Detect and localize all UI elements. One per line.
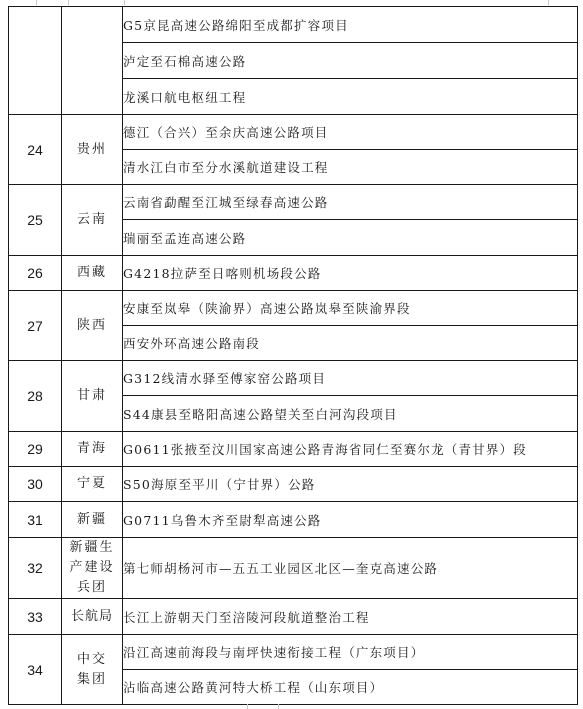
table-row: 26 西藏 G4218拉萨至日喀则机场段公路 xyxy=(9,256,578,291)
project-cell: 沾临高速公路黄河特大桥工程（山东项目） xyxy=(123,670,578,705)
table-row: 25 云南 云南省勐醒至江城至绿春高速公路 xyxy=(9,185,578,220)
project-cell: S50海原至平川（宁甘界）公路 xyxy=(123,467,578,502)
project-cell: 德江（合兴）至余庆高速公路项目 xyxy=(123,115,578,150)
province-cell xyxy=(62,7,123,115)
project-cell: 清水江白市至分水溪航道建设工程 xyxy=(123,150,578,185)
row-number: 29 xyxy=(9,432,62,467)
row-number: 25 xyxy=(9,185,62,256)
table-row: 27 陕西 安康至岚皋（陕渝界）高速公路岚皋至陕渝界段 xyxy=(9,291,578,326)
project-cell: G312线清水驿至傅家窑公路项目 xyxy=(123,361,578,396)
row-number: 34 xyxy=(9,635,62,705)
table-row: 31 新疆 G0711乌鲁木齐至尉犁高速公路 xyxy=(9,502,578,538)
row-number: 30 xyxy=(9,467,62,502)
row-number: 32 xyxy=(9,538,62,599)
table-row: 30 宁夏 S50海原至平川（宁甘界）公路 xyxy=(9,467,578,502)
project-cell: G0611张掖至汶川国家高速公路青海省同仁至赛尔龙（青甘界）段 xyxy=(123,432,578,467)
province-cell: 宁夏 xyxy=(62,467,123,502)
row-number: 27 xyxy=(9,291,62,361)
project-cell: 龙溪口航电枢纽工程 xyxy=(123,79,578,115)
table-row: 24 贵州 德江（合兴）至余庆高速公路项目 xyxy=(9,115,578,150)
province-cell: 甘肃 xyxy=(62,361,123,432)
province-cell: 青海 xyxy=(62,432,123,467)
project-cell: 安康至岚皋（陕渝界）高速公路岚皋至陕渝界段 xyxy=(123,291,578,326)
project-cell: G0711乌鲁木齐至尉犁高速公路 xyxy=(123,502,578,538)
province-cell: 贵州 xyxy=(62,115,123,185)
project-cell: G5京昆高速公路绵阳至成都扩容项目 xyxy=(123,7,578,43)
table-row: G5京昆高速公路绵阳至成都扩容项目 xyxy=(9,7,578,43)
project-cell: S44康县至略阳高速公路望关至白河沟段项目 xyxy=(123,396,578,432)
province-cell: 新疆生产建设兵团 xyxy=(62,538,123,599)
project-table: G5京昆高速公路绵阳至成都扩容项目 泸定至石棉高速公路 龙溪口航电枢纽工程 24… xyxy=(8,6,578,705)
province-cell: 长航局 xyxy=(62,599,123,635)
row-number: 33 xyxy=(9,599,62,635)
table-row: 33 长航局 长江上游朝天门至涪陵河段航道整治工程 xyxy=(9,599,578,635)
project-cell: G4218拉萨至日喀则机场段公路 xyxy=(123,256,578,291)
row-number: 24 xyxy=(9,115,62,185)
province-cell: 西藏 xyxy=(62,256,123,291)
project-cell: 瑞丽至孟连高速公路 xyxy=(123,220,578,256)
project-cell: 沿江高速前海段与南坪快速衔接工程（广东项目） xyxy=(123,635,578,670)
project-cell: 第七师胡杨河市—五五工业园区北区—奎克高速公路 xyxy=(123,538,578,599)
table-row: 29 青海 G0611张掖至汶川国家高速公路青海省同仁至赛尔龙（青甘界）段 xyxy=(9,432,578,467)
row-number xyxy=(9,7,62,115)
project-cell: 泸定至石棉高速公路 xyxy=(123,43,578,79)
province-cell: 陕西 xyxy=(62,291,123,361)
page-bottom-mark xyxy=(247,704,279,709)
project-cell: 西安外环高速公路南段 xyxy=(123,326,578,361)
province-cell: 新疆 xyxy=(62,502,123,538)
row-number: 28 xyxy=(9,361,62,432)
row-number: 26 xyxy=(9,256,62,291)
table-row: 28 甘肃 G312线清水驿至傅家窑公路项目 xyxy=(9,361,578,396)
table-row: 34 中交集团 沿江高速前海段与南坪快速衔接工程（广东项目） xyxy=(9,635,578,670)
table-row: 32 新疆生产建设兵团 第七师胡杨河市—五五工业园区北区—奎克高速公路 xyxy=(9,538,578,599)
province-cell: 中交集团 xyxy=(62,635,123,705)
project-cell: 云南省勐醒至江城至绿春高速公路 xyxy=(123,185,578,220)
project-cell: 长江上游朝天门至涪陵河段航道整治工程 xyxy=(123,599,578,635)
province-cell: 云南 xyxy=(62,185,123,256)
row-number: 31 xyxy=(9,502,62,538)
